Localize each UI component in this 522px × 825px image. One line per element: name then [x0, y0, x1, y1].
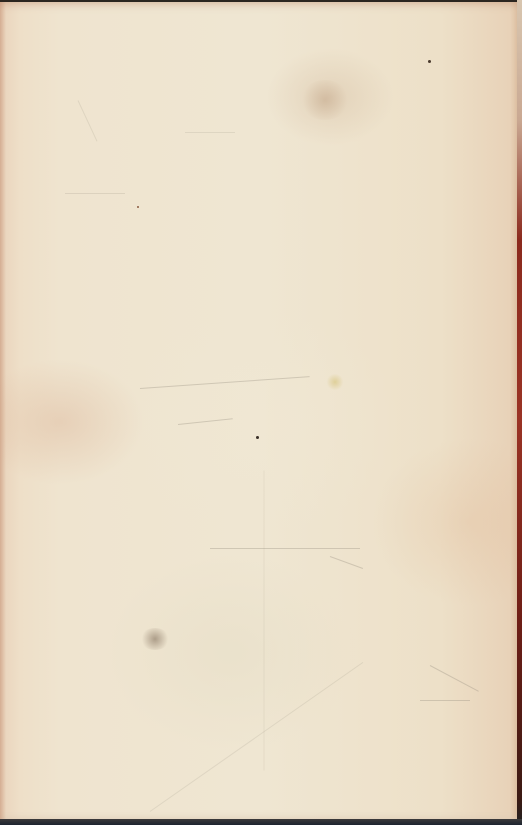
- scratch-mark: [420, 700, 470, 701]
- dot-mark: [256, 436, 259, 439]
- scratch-mark: [185, 132, 235, 133]
- stain-spot: [140, 628, 170, 650]
- dot-mark: [137, 206, 139, 208]
- scratch-mark: [65, 193, 125, 194]
- stain-spot: [300, 80, 350, 120]
- cover-left-edge-stain: [0, 2, 6, 819]
- scratch-mark: [210, 548, 360, 549]
- scratch-mark: [264, 471, 265, 771]
- red-spine-edge: [517, 0, 522, 825]
- scan-bottom-edge: [0, 819, 522, 825]
- dot-mark: [428, 60, 431, 63]
- scanned-book-cover: [0, 0, 522, 825]
- stain-spot: [326, 374, 344, 390]
- blank-cover-surface: [0, 2, 517, 819]
